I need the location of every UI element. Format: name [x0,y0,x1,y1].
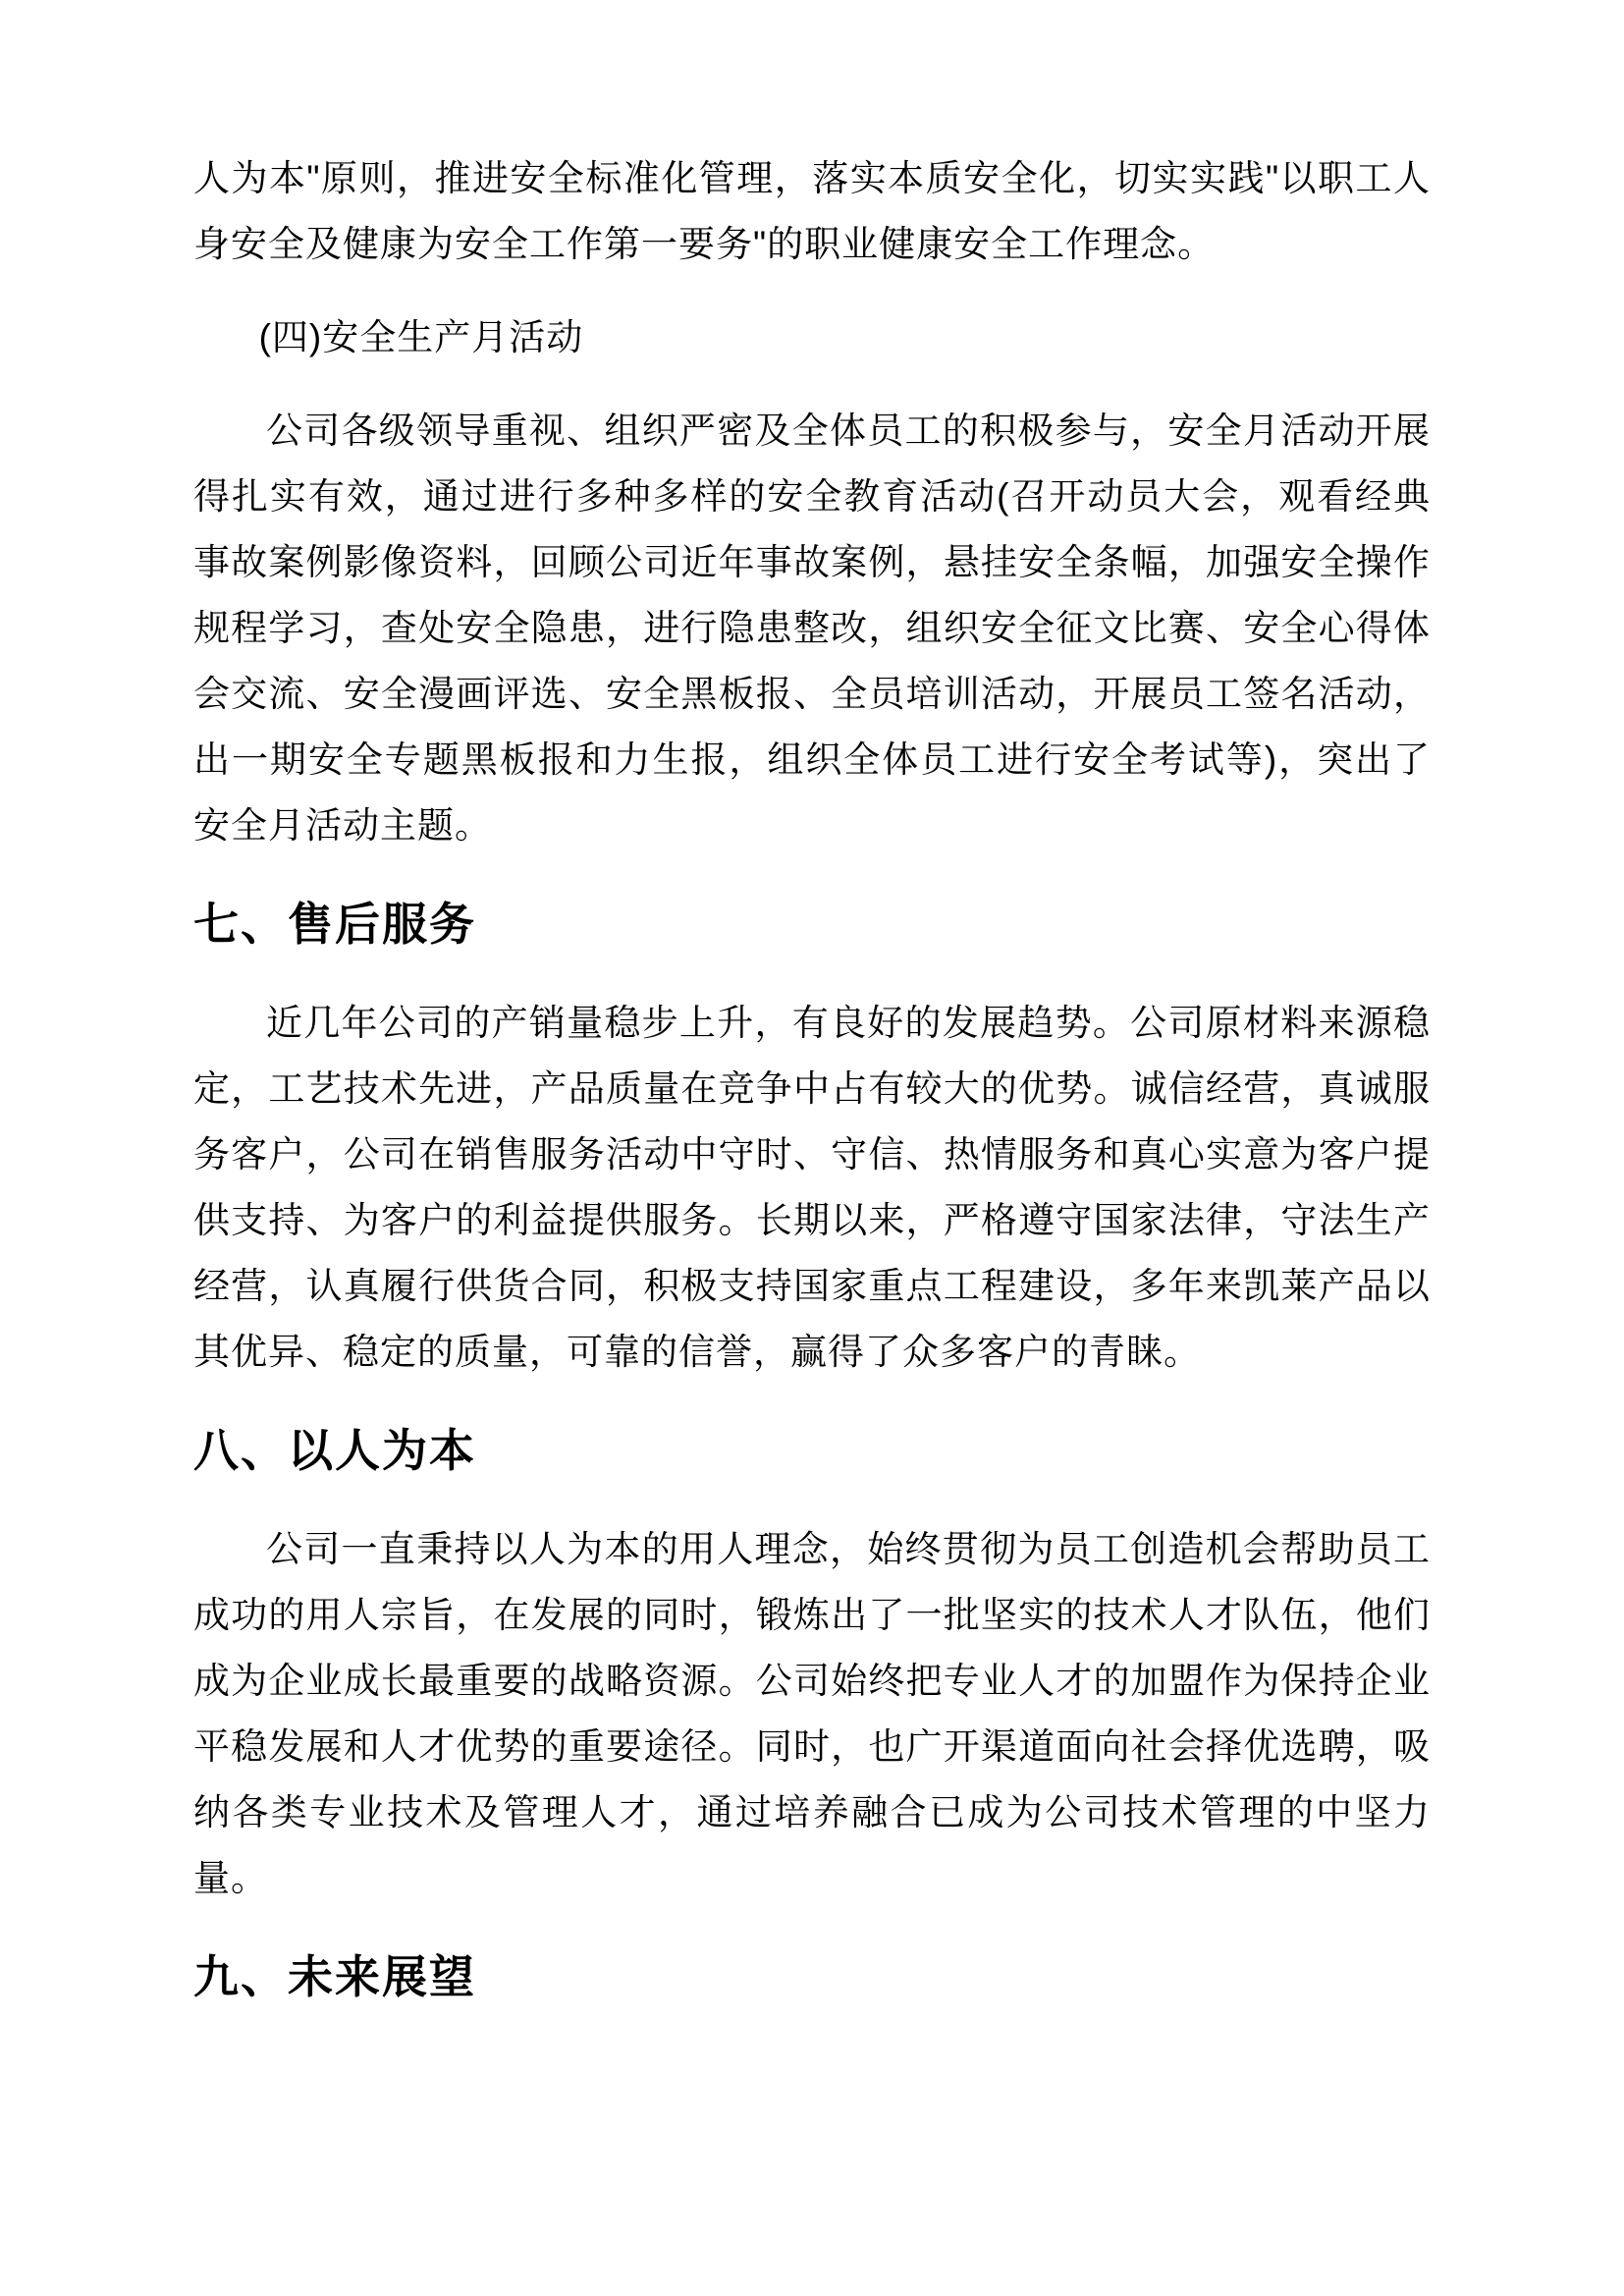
body-paragraph: 公司一直秉持以人为本的用人理念，始终贯彻为员工创造机会帮助员工成功的用人宗旨，在… [193,1516,1431,1911]
body-paragraph: 人为本"原则，推进安全标准化管理，落实本质安全化，切实实践"以职工人身安全及健康… [193,145,1431,277]
body-paragraph: 近几年公司的产销量稳步上升，有良好的发展趋势。公司原材料来源稳定，工艺技术先进，… [193,990,1431,1385]
document-content: 人为本"原则，推进安全标准化管理，落实本质安全化，切实实践"以职工人身安全及健康… [193,145,1431,2007]
section-heading: 七、售后服务 [193,894,1431,955]
section-heading: 九、未来展望 [193,1946,1431,2007]
document-page: 人为本"原则，推进安全标准化管理，落实本质安全化，切实实践"以职工人身安全及健康… [0,0,1624,2296]
sub-heading: (四)安全生产月活动 [193,304,1431,370]
body-paragraph: 公司各级领导重视、组织严密及全体员工的积极参与，安全月活动开展得扎实有效，通过进… [193,398,1431,858]
section-heading: 八、以人为本 [193,1420,1431,1481]
